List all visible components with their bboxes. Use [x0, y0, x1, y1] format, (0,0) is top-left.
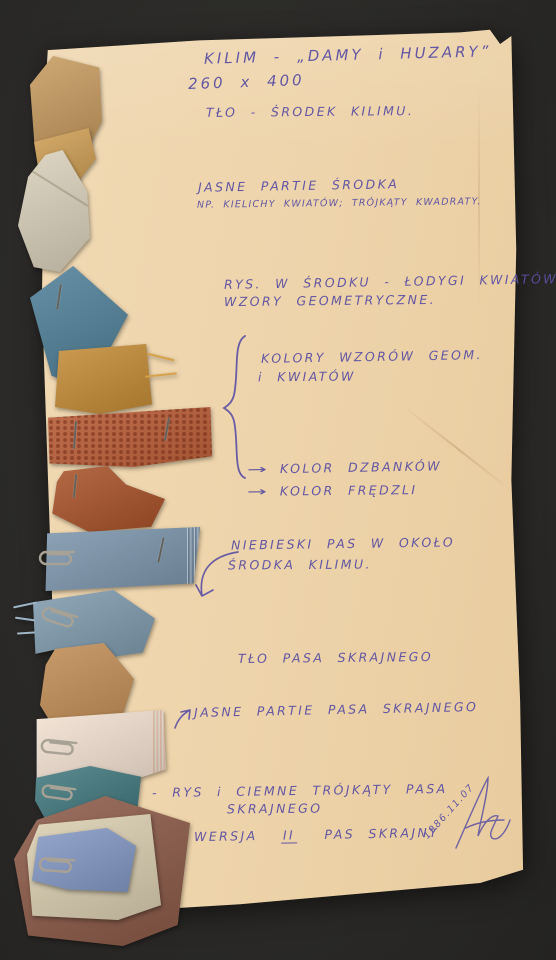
- arrow-right-icon: →: [247, 484, 272, 499]
- note-outer-band-dark-2: SKRAJNEGO: [227, 801, 323, 817]
- frayed-edge: [187, 527, 200, 591]
- note-blue-band-2: ŚRODKA KILIMU.: [228, 556, 372, 572]
- photo-background: KILIM - „DAMY i HUZARY” 260 x 400 TŁO - …: [0, 0, 556, 960]
- note-fringe-color-line: →KOLOR FRĘDZLI: [247, 482, 418, 499]
- note-fringe-color: KOLOR FRĘDZLI: [280, 482, 418, 498]
- paperclip-icon: [34, 547, 76, 565]
- curly-brace-icon: [221, 333, 249, 481]
- fold-line: [30, 169, 89, 207]
- paper-crease: [402, 405, 514, 493]
- fabric-swatch-blue-grey-strip: [44, 527, 200, 591]
- note-center-background: TŁO - ŚRODEK KILIMU.: [206, 103, 414, 120]
- note-geom-colors-2: i KWIATÓW: [258, 369, 356, 385]
- note-center-drawing-2: WZORY GEOMETRYCZNE.: [224, 292, 436, 309]
- paperclip-icon: [33, 853, 76, 874]
- arrow-right-icon: →: [247, 461, 272, 476]
- arrow-up-right-icon: [172, 707, 194, 731]
- note-blue-band-1: NIEBIESKI PAS W OKOŁO: [231, 534, 455, 552]
- frayed-edge: [153, 710, 166, 786]
- note-jug-color: KOLOR DZBANKÓW: [280, 458, 442, 476]
- version-number: II: [281, 827, 297, 843]
- fabric-swatch-rust: [50, 466, 165, 532]
- version-label: WERSJA: [194, 828, 258, 844]
- note-outer-band-background: TŁO PASA SKRAJNEGO: [238, 649, 433, 666]
- fabric-swatch-ivory: [18, 150, 90, 272]
- fabric-swatch-periwinkle: [32, 828, 136, 892]
- signature: [448, 770, 518, 860]
- fabric-swatch-mustard: [55, 344, 152, 414]
- fabric-swatch-terracotta-weave: [48, 407, 212, 467]
